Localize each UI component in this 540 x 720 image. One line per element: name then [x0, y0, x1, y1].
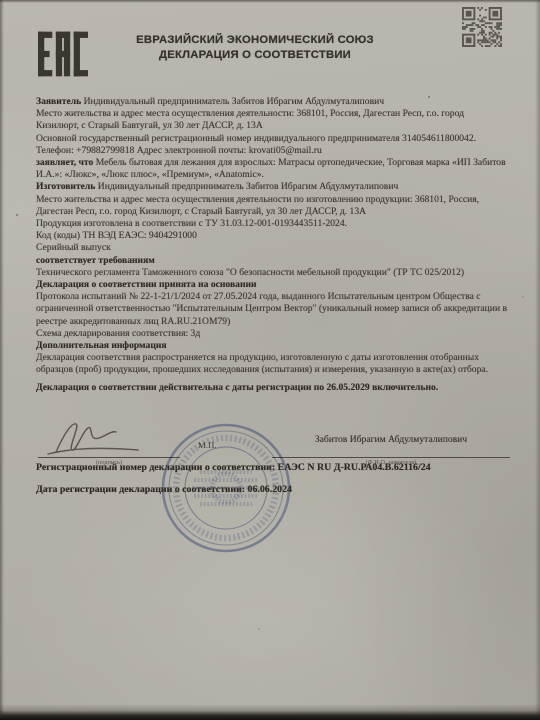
- document-header: ЕВРАЗИЙСКИЙ ЭКОНОМИЧЕСКИЙ СОЮЗ ДЕКЛАРАЦИ…: [105, 33, 405, 62]
- document-body: Заявитель Индивидуальный предприниматель…: [36, 96, 509, 394]
- document-title: ДЕКЛАРАЦИЯ О СООТВЕТСТВИИ: [105, 48, 405, 63]
- paper-speck: [522, 296, 524, 298]
- paper-speck: [258, 628, 260, 630]
- name-line: [272, 457, 510, 458]
- qr-code-icon: [462, 5, 502, 49]
- paragraph: Продукция изготовлена в соответствии с Т…: [36, 218, 509, 230]
- paragraph: Схема декларирования соответствия: 3д: [36, 328, 509, 340]
- eac-conformity-mark-icon: [38, 28, 88, 80]
- photo-edge: [0, 0, 540, 3]
- paragraph: Декларация о соответствии принята на осн…: [36, 279, 509, 291]
- photo-edge: [535, 0, 540, 720]
- union-name: ЕВРАЗИЙСКИЙ ЭКОНОМИЧЕСКИЙ СОЮЗ: [105, 33, 405, 48]
- paragraph: Дополнительная информация: [36, 340, 509, 352]
- photo-edge: [0, 0, 4, 720]
- paragraph: Заявитель Индивидуальный предприниматель…: [36, 96, 509, 108]
- paper-speck: [16, 214, 18, 216]
- document-photo: ЕВРАЗИЙСКИЙ ЭКОНОМИЧЕСКИЙ СОЮЗ ДЕКЛАРАЦИ…: [0, 0, 540, 720]
- paragraph: заявляет, что Мебель бытовая для лежания…: [36, 157, 509, 181]
- paper-speck: [428, 96, 430, 98]
- paragraph: Технического регламента Таможенного союз…: [36, 267, 509, 279]
- paragraph: Код (коды) ТН ВЭД ЕАЭС: 9404291000: [36, 230, 509, 242]
- registration-number-line: Регистрационный номер декларации о соотв…: [36, 462, 516, 473]
- photo-edge: [0, 704, 540, 720]
- paragraph: Декларация соответствия распространяется…: [36, 352, 509, 376]
- paragraph: Серийный выпуск: [36, 242, 509, 254]
- handwritten-signature-icon: [42, 414, 152, 460]
- paragraph: соответствует требованиям: [36, 255, 509, 267]
- paragraph: Телефон: +79882799818 Адрес электронной …: [36, 145, 509, 157]
- paragraph: Основной государственный регистрационный…: [36, 133, 509, 145]
- paragraph: Изготовитель Индивидуальный предпринимат…: [36, 181, 509, 193]
- declarant-name: Забитов Ибрагим Абдулмуталипович: [274, 434, 508, 445]
- paragraph: Место жительства и адрес места осуществл…: [36, 194, 509, 218]
- paragraph: Протокола испытаний № 22-1-21/1/2024 от …: [36, 291, 509, 328]
- paragraph: Место жительства и адрес места осуществл…: [36, 108, 509, 132]
- paragraph: Декларация о соответствии действительна …: [36, 382, 509, 394]
- registration-date-line: Дата регистрации декларации о соответств…: [36, 484, 516, 495]
